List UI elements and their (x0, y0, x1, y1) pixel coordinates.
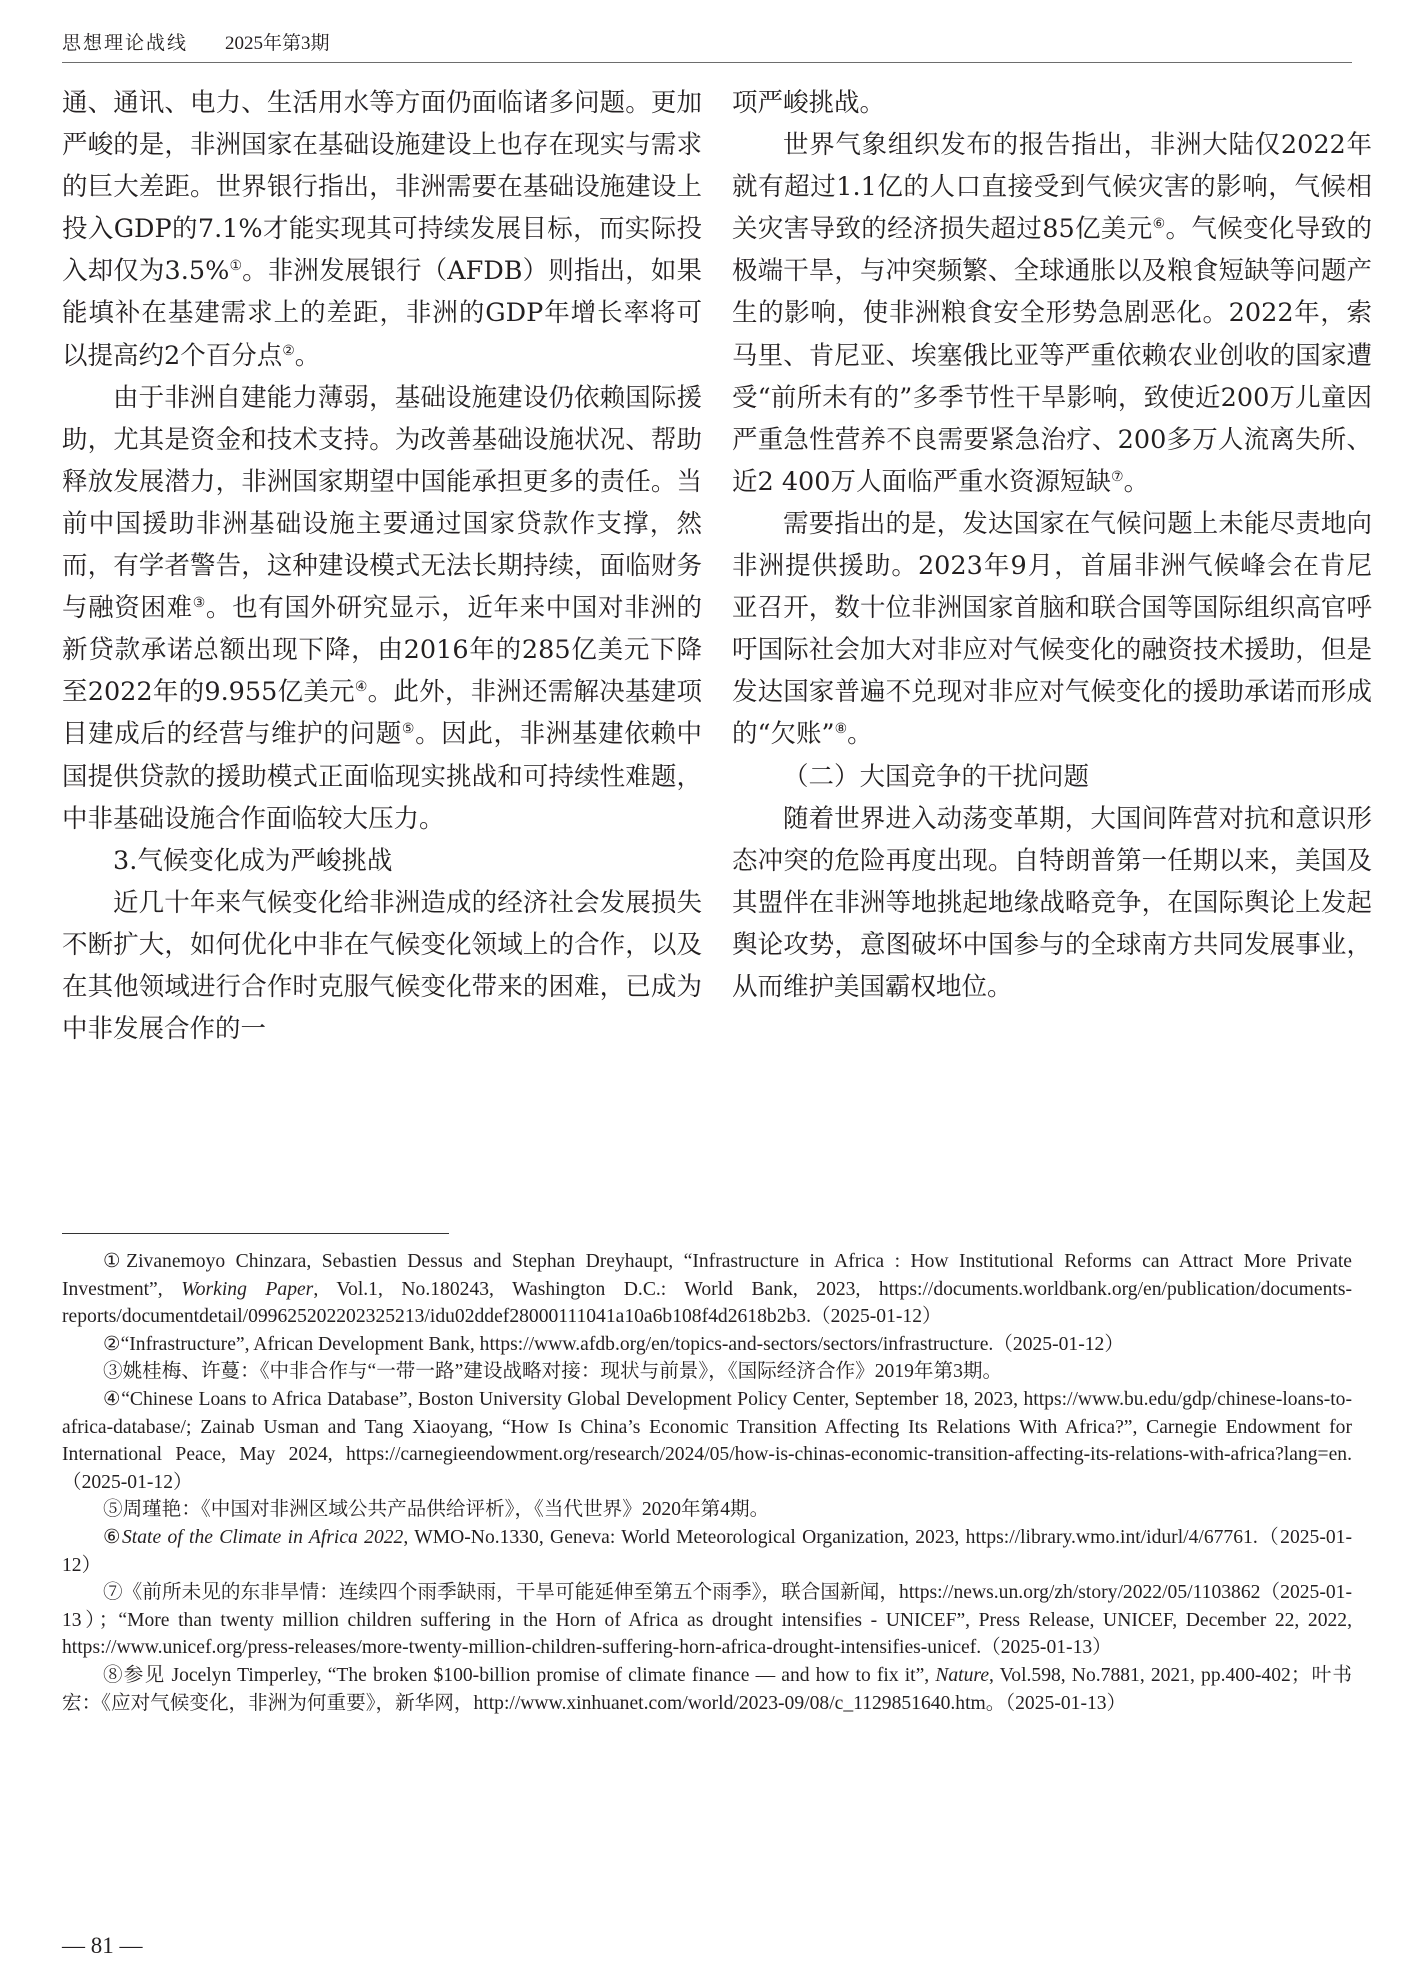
right-column: 项严峻挑战。 世界气象组织发布的报告指出，非洲大陆仅2022年就有超过1.1亿的… (732, 82, 1372, 1008)
paragraph: 通、通讯、电力、生活用水等方面仍面临诸多问题。更加严峻的是，非洲国家在基础设施建… (62, 82, 702, 377)
footnote-ref-7[interactable]: ⑦ (1111, 469, 1124, 485)
footnote-ref-8[interactable]: ⑧ (835, 721, 848, 737)
paragraph-text: 。 (295, 341, 321, 371)
page-number: — 81 — (62, 1933, 143, 1959)
footnote-ref-2[interactable]: ② (282, 343, 295, 359)
footnote-text: 周瑾艳：《中国对非洲区域公共产品供给评析》，《当代世界》2020年第4期。 (123, 1499, 770, 1520)
footnote-text: 姚桂梅、许蔓：《中非合作与“一带一路”建设战略对接：现状与前景》，《国际经济合作… (123, 1361, 1003, 1382)
footnote-marker: ⑤ (62, 1499, 123, 1520)
footnote-ref-6[interactable]: ⑥ (1153, 216, 1166, 232)
footnote-7: ⑦《前所未见的东非旱情：连续四个雨季缺雨，干旱可能延伸至第五个雨季》，联合国新闻… (62, 1579, 1352, 1662)
paragraph: 由于非洲自建能力薄弱，基础设施建设仍依赖国际援助，尤其是资金和技术支持。为改善基… (62, 377, 702, 840)
footnote-text: 参见 Jocelyn Timperley, “The broken $100-b… (124, 1665, 936, 1686)
paragraph: 随着世界进入动荡变革期，大国间阵营对抗和意识形态冲突的危险再度出现。自特朗普第一… (732, 798, 1372, 1008)
paragraph-text: 由于非洲自建能力薄弱，基础设施建设仍依赖国际援助，尤其是资金和技术支持。为改善基… (62, 383, 702, 623)
footnote-3: ③姚桂梅、许蔓：《中非合作与“一带一路”建设战略对接：现状与前景》，《国际经济合… (62, 1358, 1352, 1386)
footnote-marker: ① (62, 1251, 126, 1272)
footnote-5: ⑤周瑾艳：《中国对非洲区域公共产品供给评析》，《当代世界》2020年第4期。 (62, 1496, 1352, 1524)
footnote-2: ②“Infrastructure”, African Development B… (62, 1331, 1352, 1359)
section-heading: 3.气候变化成为严峻挑战 (62, 840, 702, 882)
paragraph: 需要指出的是，发达国家在气候问题上未能尽责地向非洲提供援助。2023年9月，首届… (732, 503, 1372, 756)
footnote-ref-4[interactable]: ④ (355, 679, 368, 695)
footnote-italic: State of the Climate in Africa 2022 (122, 1527, 403, 1548)
left-column: 通、通讯、电力、生活用水等方面仍面临诸多问题。更加严峻的是，非洲国家在基础设施建… (62, 82, 702, 1050)
journal-title: 思想理论战线 (62, 28, 188, 55)
footnote-marker: ⑦ (62, 1582, 123, 1603)
footnote-8: ⑧参见 Jocelyn Timperley, “The broken $100-… (62, 1662, 1352, 1717)
footnotes: ①Zivanemoyo Chinzara, Sebastien Dessus a… (62, 1248, 1352, 1717)
issue-label: 2025年第3期 (225, 28, 330, 55)
section-heading: （二）大国竞争的干扰问题 (732, 756, 1372, 798)
footnote-1: ①Zivanemoyo Chinzara, Sebastien Dessus a… (62, 1248, 1352, 1331)
paragraph: 近几十年来气候变化给非洲造成的经济社会发展损失不断扩大，如何优化中非在气候变化领… (62, 882, 702, 1050)
footnote-italic: Nature (935, 1665, 989, 1686)
footnote-italic: Working Paper (181, 1279, 313, 1300)
footnote-ref-1[interactable]: ① (229, 258, 242, 274)
paragraph: 世界气象组织发布的报告指出，非洲大陆仅2022年就有超过1.1亿的人口直接受到气… (732, 124, 1372, 503)
footnote-marker: ④ (62, 1389, 121, 1410)
paragraph-text: 。 (1124, 467, 1150, 497)
paragraph-text: 。气候变化导致的极端干旱，与冲突频繁、全球通胀以及粮食短缺等问题产生的影响，使非… (732, 214, 1372, 497)
footnote-marker: ③ (62, 1361, 123, 1382)
footnote-text: “Infrastructure”, African Development Ba… (121, 1334, 1124, 1355)
paragraph-text: 需要指出的是，发达国家在气候问题上未能尽责地向非洲提供援助。2023年9月，首届… (732, 509, 1372, 749)
footnote-ref-3[interactable]: ③ (193, 595, 206, 611)
footnote-6: ⑥State of the Climate in Africa 2022, WM… (62, 1524, 1352, 1579)
footnote-divider (62, 1233, 449, 1234)
footnote-ref-5[interactable]: ⑤ (402, 721, 415, 737)
footnote-marker: ⑥ (62, 1527, 122, 1548)
footnote-marker: ② (62, 1334, 121, 1355)
paragraph: 项严峻挑战。 (732, 82, 1372, 124)
footnote-text: “Chinese Loans to Africa Database”, Bost… (62, 1389, 1352, 1493)
footnote-text: 《前所未见的东非旱情：连续四个雨季缺雨，干旱可能延伸至第五个雨季》，联合国新闻，… (62, 1582, 1352, 1658)
footnote-4: ④“Chinese Loans to Africa Database”, Bos… (62, 1386, 1352, 1496)
paragraph-text: 。 (847, 719, 873, 749)
running-header: 思想理论战线 2025年第3期 (62, 24, 1352, 63)
footnote-marker: ⑧ (62, 1665, 124, 1686)
